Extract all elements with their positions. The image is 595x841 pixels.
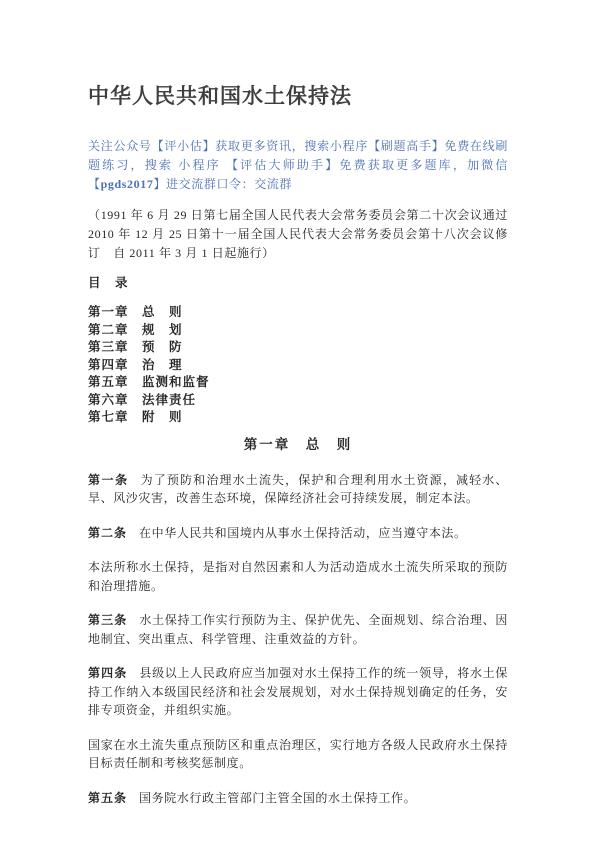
- article-5-paragraph: 第五条国务院水行政主管部门主管全国的水土保持工作。: [88, 789, 508, 808]
- article-2-text: 在中华人民共和国境内从事水土保持活动，应当遵守本法。: [139, 526, 467, 540]
- article-4-continuation-paragraph: 国家在水土流失重点预防区和重点治理区，实行地方各级人民政府水土保持目标责任制和考…: [88, 736, 508, 773]
- enactment-note: （1991 年 6 月 29 日第七届全国人民代表大会常务委员会第二十次会议通过…: [88, 206, 508, 263]
- article-2-paragraph: 第二条在中华人民共和国境内从事水土保持活动，应当遵守本法。: [88, 524, 508, 543]
- article-1-text: 为了预防和治理水土流失，保护和合理利用水土资源，减轻水、旱、风沙灾害，改善生态环…: [88, 473, 508, 506]
- article-4-text: 县级以上人民政府应当加强对水土保持工作的统一领导，将水土保持工作纳入本级国民经济…: [88, 666, 508, 717]
- article-5-label: 第五条: [88, 791, 127, 805]
- article-3-paragraph: 第三条水土保持工作实行预防为主、保护优先、全面规划、综合治理、因地制宜、突出重点…: [88, 611, 508, 648]
- document-page: 中华人民共和国水土保持法 关注公众号【评小估】获取更多资讯，搜索小程序【刷题高手…: [0, 0, 595, 841]
- article-1-label: 第一条: [88, 473, 129, 487]
- article-2-continuation-paragraph: 本法所称水土保持，是指对自然因素和人为活动造成水土流失所采取的预防和治理措施。: [88, 558, 508, 595]
- article-2-label: 第二条: [88, 526, 127, 540]
- article-4-paragraph: 第四条县级以上人民政府应当加强对水土保持工作的统一领导，将水土保持工作纳入本级国…: [88, 664, 508, 720]
- article-1-paragraph: 第一条为了预防和治理水土流失，保护和合理利用水土资源，减轻水、旱、风沙灾害，改善…: [88, 471, 508, 508]
- toc-heading: 目 录: [88, 275, 508, 292]
- article-3-text: 水土保持工作实行预防为主、保护优先、全面规划、综合治理、因地制宜、突出重点、科学…: [88, 613, 508, 646]
- toc-item-chapter-6: 第六章 法律责任: [88, 392, 508, 410]
- promo-notice-wechat-id: pgds2017: [101, 177, 154, 191]
- toc-item-chapter-7: 第七章 附 则: [88, 409, 508, 427]
- toc-item-chapter-5: 第五章 监测和监督: [88, 374, 508, 392]
- article-4-continuation-text: 国家在水土流失重点预防区和重点治理区，实行地方各级人民政府水土保持目标责任制和考…: [88, 738, 508, 771]
- toc-item-chapter-4: 第四章 治 理: [88, 357, 508, 375]
- promo-notice: 关注公众号【评小估】获取更多资讯，搜索小程序【刷题高手】免费在线刷题练习，搜索 …: [88, 137, 508, 194]
- article-5-text: 国务院水行政主管部门主管全国的水土保持工作。: [139, 791, 416, 805]
- toc-item-chapter-2: 第二章 规 划: [88, 322, 508, 340]
- promo-notice-text-tail: 】进交流群口令：交流群: [153, 177, 292, 191]
- article-3-label: 第三条: [88, 613, 127, 627]
- page-content: 中华人民共和国水土保持法 关注公众号【评小估】获取更多资讯，搜索小程序【刷题高手…: [0, 0, 595, 807]
- toc-list: 第一章 总 则 第二章 规 划 第三章 预 防 第四章 治 理 第五章 监测和监…: [88, 304, 508, 427]
- toc-item-chapter-3: 第三章 预 防: [88, 339, 508, 357]
- document-title: 中华人民共和国水土保持法: [88, 84, 508, 110]
- toc-item-chapter-1: 第一章 总 则: [88, 304, 508, 322]
- chapter-1-heading: 第一章 总 则: [88, 435, 508, 455]
- article-2-continuation-text: 本法所称水土保持，是指对自然因素和人为活动造成水土流失所采取的预防和治理措施。: [88, 560, 508, 593]
- article-4-label: 第四条: [88, 666, 127, 680]
